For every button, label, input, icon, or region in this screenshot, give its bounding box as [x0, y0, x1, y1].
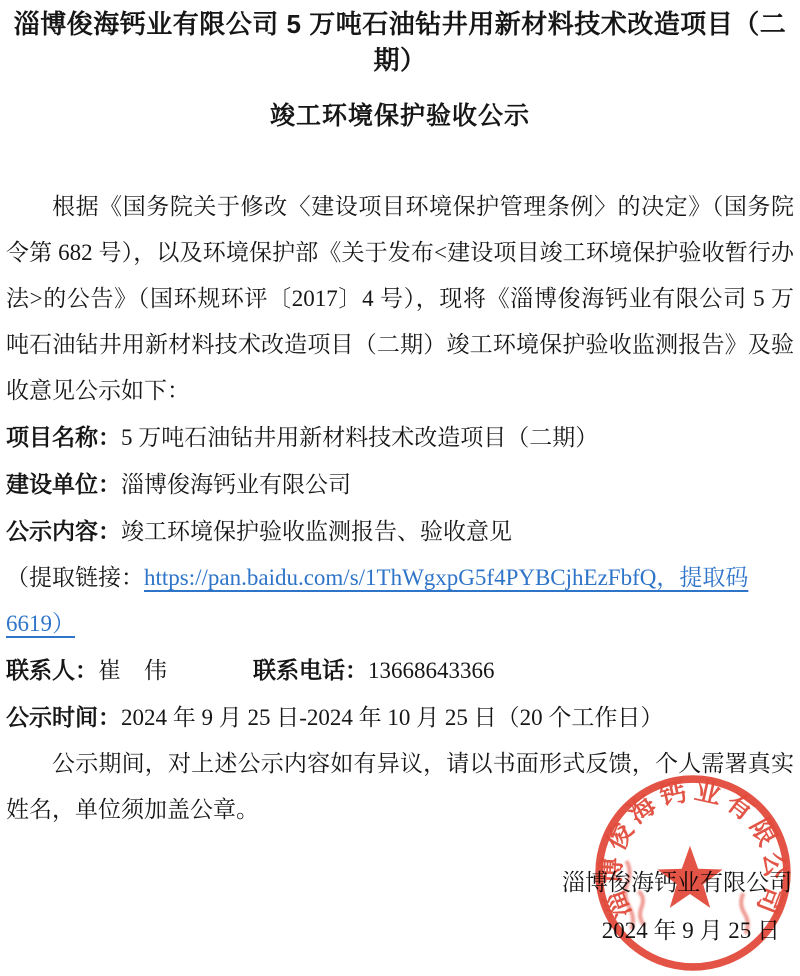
notice-body: 根据《国务院关于修改〈建设项目环境保护管理条例〉的决定》（国务院令第 682 号…: [6, 184, 794, 833]
doc-title: 淄博俊海钙业有限公司 5 万吨石油钻井用新材料技术改造项目（二期）: [6, 0, 794, 78]
doc-subtitle: 竣工环境保护验收公示: [6, 100, 794, 132]
extract-link-prefix: （提取链接：: [6, 565, 144, 590]
project-name-value: 5 万吨石油钻井用新材料技术改造项目（二期）: [121, 425, 598, 450]
publicity-period-line: 公示时间：2024 年 9 月 25 日-2024 年 10 月 25 日（20…: [6, 694, 794, 741]
publicity-period-value: 2024 年 9 月 25 日-2024 年 10 月 25 日（20 个工作日…: [121, 705, 663, 730]
feedback-paragraph: 公示期间，对上述公示内容如有异议，请以书面形式反馈，个人需署真实姓名，单位须加盖…: [6, 741, 794, 833]
contact-line: 联系人：崔 伟联系电话：13668643366: [6, 647, 794, 694]
contact-name-value: 崔 伟: [98, 658, 167, 683]
notice-page: 淄博俊海钙业有限公司 5 万吨石油钻井用新材料技术改造项目（二期） 竣工环境保护…: [0, 0, 800, 976]
construction-unit-value: 淄博俊海钙业有限公司: [121, 472, 351, 497]
contact-phone-value: 13668643366: [368, 658, 495, 683]
field-notice-content: 公示内容：竣工环境保护验收监测报告、验收意见: [6, 508, 794, 555]
notice-content-value: 竣工环境保护验收监测报告、验收意见: [121, 519, 512, 544]
signature-date: 2024 年 9 月 25 日: [6, 907, 794, 955]
field-construction-unit: 建设单位：淄博俊海钙业有限公司: [6, 461, 794, 508]
extract-link-line: （提取链接：https://pan.baidu.com/s/1ThWgxpG5f…: [6, 555, 794, 647]
intro-paragraph: 根据《国务院关于修改〈建设项目环境保护管理条例〉的决定》（国务院令第 682 号…: [6, 184, 794, 414]
contact-phone-label: 联系电话：: [253, 657, 368, 683]
publicity-period-label: 公示时间：: [6, 704, 121, 730]
signature-company: 淄博俊海钙业有限公司: [6, 859, 794, 907]
field-project-name: 项目名称：5 万吨石油钻井用新材料技术改造项目（二期）: [6, 414, 794, 461]
notice-content-label: 公示内容：: [6, 518, 121, 544]
signature-block: 淄博俊海钙业有限公司 2024 年 9 月 25 日: [6, 859, 794, 955]
construction-unit-label: 建设单位：: [6, 471, 121, 497]
project-name-label: 项目名称：: [6, 424, 121, 450]
contact-name-label: 联系人：: [6, 657, 98, 683]
